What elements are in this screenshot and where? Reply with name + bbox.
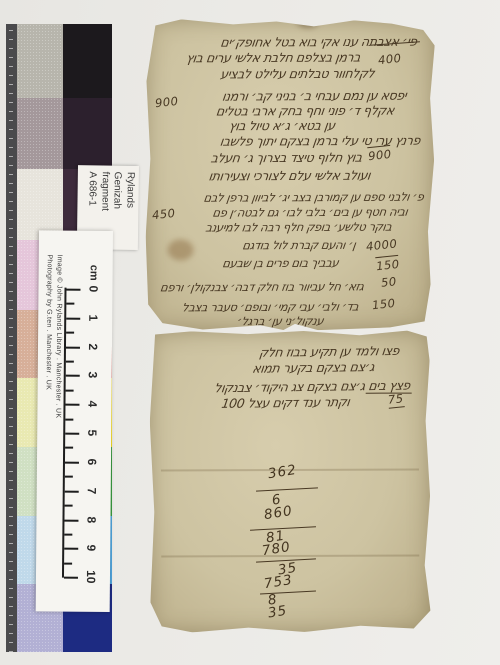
ruler-unit-label: cm: [88, 265, 100, 281]
margin-number-150a: 150: [375, 255, 400, 273]
ruler-tick: [65, 433, 79, 435]
ruler-number: 8: [84, 516, 98, 523]
ruler-number: 0: [86, 285, 100, 292]
color-patch-pale-gray: [17, 24, 63, 98]
ruler-tick: [66, 289, 80, 291]
ruler-number: 7: [85, 487, 99, 494]
color-patch-pale-white: [17, 169, 63, 240]
cm-ruler: cm 0 1 2 3 4 5 6 7 8 9 10 Image © Joh: [36, 230, 113, 612]
manuscript-line: ברמן בצלפם חלבת אלשי ערים בוץ: [185, 49, 361, 65]
ruler-tick: [65, 419, 73, 421]
ruler-tick: [64, 520, 78, 522]
manuscript-line: בוץ חלוף טיצד בצרוך ג׳ חעלב: [210, 150, 363, 166]
digitized-manuscript-photo: Rylands Genizah fragment A 686-1 cm 0 1 …: [0, 0, 500, 665]
margin-number-450: 450: [151, 206, 176, 222]
ruler-number: 3: [86, 371, 100, 378]
ruler-number: 9: [84, 544, 98, 551]
ruler-tick: [65, 462, 79, 464]
image-credit-line1: Image © John Rylands Library . Mancheste…: [54, 255, 62, 419]
ruler-tick: [66, 375, 80, 377]
manuscript-line: ען בטא׳ ג׳א טיול בוץ: [228, 118, 336, 134]
margin-number-900: 900: [367, 145, 392, 163]
ruler-number: 1: [86, 314, 100, 321]
ruler-number: 6: [85, 458, 99, 465]
manuscript-line: ג׳צם בצקם בקער תמוא: [252, 359, 376, 376]
ruler-tick: [66, 332, 74, 334]
ruler-tick: [66, 390, 74, 392]
ruler-number: 5: [85, 429, 99, 436]
margin-number-75: 75: [387, 391, 404, 409]
ruler-tick: [65, 505, 73, 507]
margin-number-900-left: 900: [154, 94, 179, 110]
manuscript-line: גזא׳ חל עביוור בוז חלק דבה׳ צבנקולן׳ ורפ…: [159, 279, 365, 294]
manuscript-line: וקתר ענד דקים עצל 100: [221, 394, 351, 411]
ink-stain: [168, 239, 194, 260]
manuscript-line: ועולב אלשי עלם לצורכי וצעירותו: [208, 168, 372, 184]
ruler-tick: [66, 318, 80, 320]
manuscript-line: פרנץ ערי טי עלי ברמן בצקם יתוך פלשבו: [219, 133, 421, 149]
ruler-number: 10: [84, 570, 98, 583]
ruler-tick: [64, 563, 72, 565]
manuscript-line: פצו ולמד ען תקיע בבוז חלק: [259, 343, 401, 360]
calc-number: 35: [267, 603, 288, 622]
manuscript-line: וביה חטף ען בים׳ בלבי לבו׳ גם לבטה׳ן פם: [212, 205, 409, 220]
manuscript-line: פי׳ אצבתה ענו אקי בוא בטל אחופק׳ים: [219, 34, 418, 50]
ruler-number: 4: [85, 400, 99, 407]
manuscript-line: ן׳ והעם קברת לול בודגם: [242, 238, 357, 253]
manuscript-line: ענקול׳ני ען׳ ברגל׳: [236, 314, 324, 328]
color-target-frame: [6, 24, 17, 652]
color-patch-aubergine: [63, 98, 112, 169]
image-credit-line2: Photography by G.ten . Manchester . UK: [45, 254, 53, 390]
ruler-tick: [65, 447, 73, 449]
ruler-tick: [64, 534, 72, 536]
margin-number-400: 400: [377, 51, 402, 67]
manuscript-line: לקלחוור טבלתים עלילט לבציע: [220, 66, 376, 82]
color-patch-black: [63, 24, 112, 98]
ruler-tick: [65, 491, 79, 493]
ruler-tick: [66, 303, 74, 305]
shelfmark-line: Rylands: [122, 172, 136, 244]
color-patch-pale-taupe: [17, 98, 63, 169]
manuscript-line: יפסא ען נמם עבחי ב׳ בניני קב׳ ורמנו: [221, 88, 407, 104]
edge-stain: [297, 16, 319, 28]
manuscript-line: פ׳ ולבני ספם ען קמורבן בצב יג׳ לביוון בר…: [203, 190, 425, 205]
manuscript-line: עבביך בום פרים בן שבעם: [222, 256, 340, 271]
ruler-tick: [64, 577, 78, 579]
manuscript-line: בוקר טלשע׳ בופק חלף רבה לבו למיענב: [205, 220, 393, 235]
margin-number-150b: 150: [371, 296, 396, 312]
margin-number-50: 50: [380, 274, 397, 290]
ruler-tick: [64, 548, 78, 550]
ruler-tick: [66, 347, 80, 349]
manuscript-line: אקלף ד׳ פוני וחף בחק ארבי בטלים: [215, 103, 395, 119]
manuscript-line: בד׳ ולבי׳ עבי קמי׳ ובופם׳ סעבר בצבל: [181, 299, 359, 314]
ruler-tick: [65, 476, 73, 478]
ruler-tick: [66, 361, 74, 363]
ruler-number: 2: [86, 343, 100, 350]
ruler-tick: [65, 404, 79, 406]
